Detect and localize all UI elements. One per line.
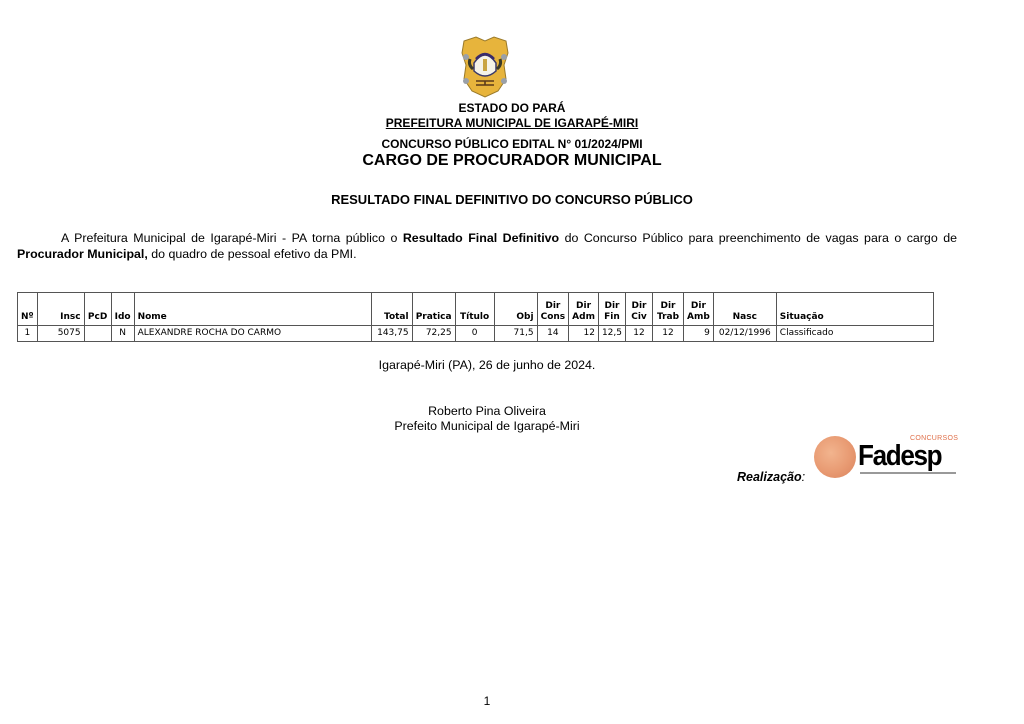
page-number: 1 [0, 694, 974, 708]
column-header-pcd: PcD [84, 293, 111, 326]
column-header-line1: Dir [661, 301, 676, 311]
intro-bold-2: Procurador Municipal, [17, 247, 148, 261]
column-header-label: Insc [60, 312, 80, 322]
logo-brand-text: Fadesp [858, 440, 941, 472]
column-header-label: Trab [657, 312, 679, 322]
intro-text-2: do Concurso Público para preenchimento d… [559, 231, 957, 245]
column-header-label: Pratica [416, 312, 452, 322]
column-header-dir-fin: DirFin [598, 293, 625, 326]
coat-of-arms-icon [458, 35, 512, 99]
table-header-row: NºInscPcDIdoNomeTotalPraticaTítuloObjDir… [18, 293, 934, 326]
cell-dir-trab: 12 [653, 326, 684, 342]
state-name: ESTADO DO PARÁ [0, 101, 1024, 115]
realizacao-text: Realização [737, 470, 802, 484]
column-header-label: Ido [115, 312, 131, 322]
cell-total: 143,75 [371, 326, 412, 342]
logo-tagline [860, 472, 956, 474]
realizacao-colon: : [802, 470, 805, 484]
edital-number: CONCURSO PÚBLICO EDITAL N° 01/2024/PMI [0, 137, 1024, 151]
prefecture-name: PREFEITURA MUNICIPAL DE IGARAPÉ-MIRI [0, 116, 1024, 130]
cell-titulo: 0 [455, 326, 494, 342]
column-header-label: Fin [604, 312, 620, 322]
column-header-line1: Dir [632, 301, 647, 311]
column-header-label: Nome [138, 312, 167, 322]
table-row: 15075NALEXANDRE ROCHA DO CARMO143,7572,2… [18, 326, 934, 342]
column-header-label: Amb [687, 312, 710, 322]
realizacao-label: Realização: [737, 470, 805, 484]
column-header-insc: Insc [37, 293, 84, 326]
column-header-label: Cons [541, 312, 566, 322]
column-header-label: Obj [516, 312, 533, 322]
column-header-ido: Ido [111, 293, 134, 326]
cell-insc: 5075 [37, 326, 84, 342]
column-header-line1: Dir [604, 301, 619, 311]
fadesp-logo-icon: CONCURSOS Fadesp [812, 435, 958, 479]
cargo-title: CARGO DE PROCURADOR MUNICIPAL [0, 152, 1024, 170]
column-header-label: Adm [572, 312, 595, 322]
column-header-nasc: Nasc [713, 293, 776, 326]
column-header-line1: Dir [576, 301, 591, 311]
column-header-obj: Obj [494, 293, 537, 326]
cell-dir-cons: 14 [537, 326, 569, 342]
column-header-n: Nº [18, 293, 38, 326]
cell-pratica: 72,25 [412, 326, 455, 342]
column-header-dir-civ: DirCiv [626, 293, 653, 326]
cell-dir-adm: 12 [569, 326, 599, 342]
fadesp-ball-icon [814, 436, 856, 478]
cell-dir-amb: 9 [684, 326, 714, 342]
column-header-line1: Dir [691, 301, 706, 311]
cell-dir-civ: 12 [626, 326, 653, 342]
column-header-label: PcD [88, 312, 107, 322]
cell-dir-fin: 12,5 [598, 326, 625, 342]
cell-n: 1 [18, 326, 38, 342]
cell-situacao: Classificado [776, 326, 933, 342]
cell-pcd [84, 326, 111, 342]
signatory-name: Roberto Pina Oliveira [0, 404, 974, 418]
column-header-line1: Dir [545, 301, 560, 311]
column-header-situacao: Situação [776, 293, 933, 326]
results-table: NºInscPcDIdoNomeTotalPraticaTítuloObjDir… [17, 292, 934, 342]
intro-paragraph: A Prefeitura Municipal de Igarapé-Miri -… [17, 230, 957, 262]
signatory-role: Prefeito Municipal de Igarapé-Miri [0, 419, 974, 433]
column-header-titulo: Título [455, 293, 494, 326]
column-header-label: Total [384, 312, 409, 322]
intro-bold-1: Resultado Final Definitivo [403, 231, 559, 245]
intro-text-3: do quadro de pessoal efetivo da PMI. [148, 247, 357, 261]
column-header-label: Título [460, 312, 489, 322]
column-header-label: Civ [631, 312, 647, 322]
document-date: Igarapé-Miri (PA), 26 de junho de 2024. [0, 358, 974, 372]
column-header-total: Total [371, 293, 412, 326]
column-header-dir-adm: DirAdm [569, 293, 599, 326]
column-header-nome: Nome [134, 293, 371, 326]
column-header-dir-amb: DirAmb [684, 293, 714, 326]
intro-text-1: A Prefeitura Municipal de Igarapé-Miri -… [61, 231, 403, 245]
column-header-dir-trab: DirTrab [653, 293, 684, 326]
column-header-label: Situação [780, 312, 824, 322]
column-header-label: Nº [21, 312, 34, 322]
cell-ido: N [111, 326, 134, 342]
cell-obj: 71,5 [494, 326, 537, 342]
cell-nome: ALEXANDRE ROCHA DO CARMO [134, 326, 371, 342]
cell-nasc: 02/12/1996 [713, 326, 776, 342]
column-header-label: Nasc [733, 312, 757, 322]
document-title: RESULTADO FINAL DEFINITIVO DO CONCURSO P… [0, 192, 1024, 207]
column-header-dir-cons: DirCons [537, 293, 569, 326]
column-header-pratica: Pratica [412, 293, 455, 326]
